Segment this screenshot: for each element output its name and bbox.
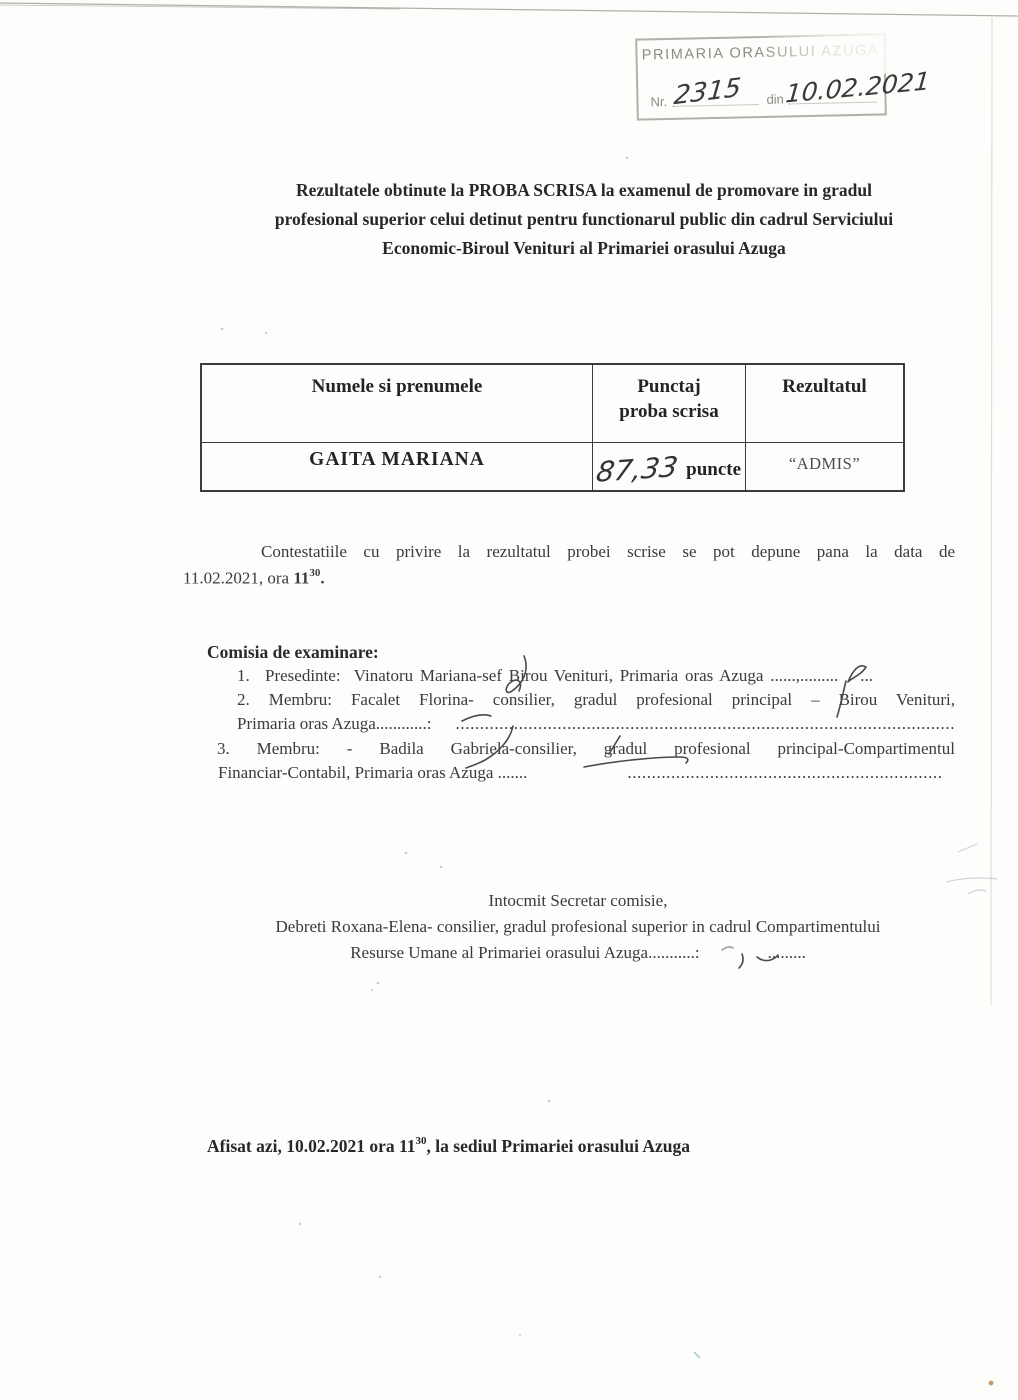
header-result: Rezultatul: [746, 365, 903, 442]
header-score-line2: proba scrisa: [593, 399, 745, 424]
cell-score: 87,33 puncte: [592, 443, 746, 490]
item3-continuation: Financiar-Contabil, Primaria oras Azuga …: [218, 761, 527, 785]
item1-number: 1.: [237, 664, 265, 688]
contestation-line1: Contestatiile cu privire la rezultatul p…: [183, 540, 955, 563]
commission-item-2-line1: 2. Membru: Facalet Florina- consilier, g…: [183, 688, 955, 712]
item2-continuation: Primaria oras Azuga............:: [237, 712, 432, 736]
title-line-3: Economic-Biroul Venituri al Primariei or…: [183, 234, 985, 263]
title-line-1: Rezultatele obtinute la PROBA SCRISA la …: [183, 176, 985, 205]
item1-text: Presedinte: Vinatoru Mariana-sef Birou V…: [265, 666, 838, 685]
registration-stamp: PRIMARIA ORASULUI AZUGA Nr. 2315 din 10.…: [635, 33, 887, 120]
stamp-nr-label: Nr.: [650, 94, 667, 109]
blue-speck: [694, 1352, 700, 1358]
item2-number: 2.: [237, 690, 250, 709]
score-handwritten-value: 87,33: [594, 450, 680, 489]
results-table: Numele si prenumele Punctaj proba scrisa…: [200, 363, 905, 492]
item1-trailing-dots: ...: [860, 666, 873, 685]
secretary-section: Intocmit Secretar comisie, Debreti Roxan…: [183, 888, 973, 966]
footer-part2: , la sediul Primariei orasului Azuga: [427, 1136, 690, 1156]
contestation-date: 11.02.2021, ora: [183, 569, 293, 588]
item2-text: Membru: Facalet Florina- consilier, grad…: [269, 690, 955, 709]
cell-candidate-name: GAITA MARIANA: [202, 443, 592, 490]
item3-text: Membru: - Badila Gabriela-consilier, gra…: [257, 739, 955, 758]
scanned-document-page: PRIMARIA ORASULUI AZUGA Nr. 2315 din 10.…: [0, 0, 1018, 1400]
header-score-line1: Punctaj: [593, 374, 745, 399]
header-score: Punctaj proba scrisa: [592, 365, 746, 442]
orange-speck: [989, 1381, 994, 1386]
contestation-line2: 11.02.2021, ora 1130.: [183, 563, 955, 590]
contestation-hour: 11: [293, 569, 309, 588]
faint-margin-marks: [946, 844, 997, 894]
secretary-line3-text: Resurse Umane al Primariei orasului Azug…: [350, 943, 699, 962]
secretary-line3: Resurse Umane al Primariei orasului Azug…: [183, 940, 973, 966]
table-header-row: Numele si prenumele Punctaj proba scrisa…: [202, 365, 903, 443]
secretary-line1: Intocmit Secretar comisie,: [183, 888, 973, 914]
footer-hour: 11: [399, 1136, 416, 1156]
item2-dotted-line: ........................................…: [456, 712, 955, 736]
secretary-line3-dots: .........: [768, 943, 806, 962]
posted-notice-line: Afisat azi, 10.02.2021 ora 1130, la sedi…: [207, 1136, 690, 1157]
stamp-din-label: din: [766, 92, 784, 107]
stamp-fade-overlay: [755, 33, 886, 76]
secretary-line2: Debreti Roxana-Elena- consilier, gradul …: [183, 914, 973, 940]
contestation-period: .: [320, 569, 324, 588]
commission-item-3-line2: Financiar-Contabil, Primaria oras Azuga …: [183, 761, 955, 785]
scan-edge-line: [991, 18, 992, 1005]
commission-heading: Comisia de examinare:: [207, 640, 955, 664]
commission-section: Comisia de examinare: 1.Presedinte: Vina…: [183, 640, 955, 785]
paper-edge-line: [0, 3, 1018, 16]
commission-item-1: 1.Presedinte: Vinatoru Mariana-sef Birou…: [183, 664, 955, 688]
score-unit: puncte: [686, 459, 741, 481]
commission-item-2-line2: Primaria oras Azuga............:........…: [183, 712, 955, 736]
title-line-2: profesional superior celui detinut pentr…: [183, 205, 985, 234]
cell-result: “ADMIS”: [746, 443, 903, 490]
item3-number: 3.: [217, 739, 230, 758]
header-name: Numele si prenumele: [202, 365, 592, 442]
commission-item-3-line1: 3. Membru: - Badila Gabriela-consilier, …: [183, 737, 955, 761]
footer-part1: Afisat azi, 10.02.2021 ora: [207, 1136, 399, 1156]
item3-dotted-line: ........................................…: [627, 761, 941, 785]
contestation-paragraph: Contestatiile cu privire la rezultatul p…: [183, 540, 955, 590]
document-title: Rezultatele obtinute la PROBA SCRISA la …: [183, 176, 985, 263]
footer-hour-sup: 30: [416, 1135, 427, 1147]
table-row: GAITA MARIANA 87,33 puncte “ADMIS”: [202, 443, 903, 490]
contestation-hour-sup: 30: [309, 567, 320, 579]
